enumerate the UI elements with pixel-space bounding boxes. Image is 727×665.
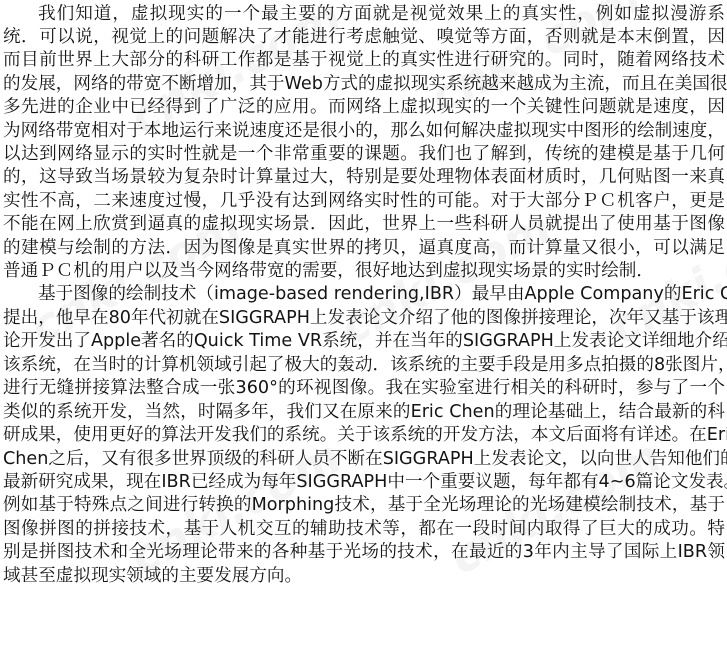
text-line: 基于图像的绘制技术（image-based rendering,IBR）最早由A… (38, 283, 725, 306)
text-line: 域甚至虚拟现实领域的主要发展方向。 (3, 565, 725, 588)
text-line: 多先进的企业中已经得到了广泛的应用。而网络上虚拟现实的一个关键性问题就是速度，因 (3, 96, 725, 119)
text-line: 别是拼图技术和全光场理论带来的各种基于光场的技术，在最近的3年内主导了国际上IB… (3, 541, 725, 564)
document-page: cnki.com cnki.com cnki.com cnki.com cnki… (0, 0, 727, 665)
text-line: 以达到网络显示的实时性就是一个非常重要的课题。我们也了解到，传统的建模是基于几何 (3, 143, 725, 166)
text-line: 论开发出了Apple著名的Quick Time VR系统，并在当年的SIGGRA… (3, 330, 725, 353)
text-line: 例如基于特殊点之间进行转换的Morphing技术，基于全光场理论的光场建模绘制技… (3, 494, 725, 517)
text-line: 不能在网上欣赏到逼真的虚拟现实场景．因此，世界上一些科研人员就提出了使用基于图像 (3, 213, 725, 236)
text-line: 该系统，在当时的计算机领域引起了极大的轰动．该系统的主要手段是用多点拍摄的8张图… (3, 354, 725, 377)
text-line: 的建模与绘制的方法．因为图像是真实世界的拷贝，逼真度高，而计算量又很小，可以满足 (3, 237, 725, 260)
text-line: 我们知道，虚拟现实的一个最主要的方面就是视觉效果上的真实性，例如虚拟漫游系 (38, 3, 725, 26)
text-line: 为网络带宽相对于本地运行来说速度还是很小的，那么如何解决虚拟现实中图形的绘制速度… (3, 120, 725, 143)
text-line: Chen之后，又有很多世界顶级的科研人员不断在SIGGRAPH上发表论文，以向世… (3, 448, 725, 471)
text-line: 的发展，网络的带宽不断增加，其于Web方式的虚拟现实系统越来越成为主流，而且在美… (3, 73, 725, 96)
text-line: 进行无缝拼接算法整合成一张360°的环视图像。我在实验室进行相关的科研时，参与了… (3, 377, 725, 400)
text-line: 实性不高，二来速度过慢，几乎没有达到网络实时性的可能。对于大部分ＰＣ机客户，更是 (3, 190, 725, 213)
text-line: 类似的系统开发，当然，时隔多年，我们又在原来的Eric Chen的理论基础上，结… (3, 401, 725, 424)
text-line: 最新研究成果，现在IBR已经成为每年SIGGRAPH中一个重要议题，每年都有4~… (3, 471, 725, 494)
text-line: 统．可以说，视觉上的问题解决了才能进行考虑触觉、嗅觉等方面，否则就是本末倒置，因 (3, 26, 725, 49)
text-line: 的，这导致当场景较为复杂时计算量过大，特别是要处理物体表面材质时，几何贴图一来真 (3, 166, 725, 189)
text-line: 图像拼图的拼接技术，基于人机交互的辅助技术等，都在一段时间内取得了巨大的成功。特 (3, 518, 725, 541)
text-line: 提出，他早在80年代初就在SIGGRAPH上发表论文介绍了他的图像拼接理论，次年… (3, 307, 725, 330)
text-line: 而目前世界上大部分的科研工作都是基于视觉上的真实性进行研究的。同时，随着网络技术 (3, 49, 725, 72)
text-line: 研成果，使用更好的算法开发我们的系统。关于该系统的开发方法，本文后面将有详述。在… (3, 424, 725, 447)
text-line: 普通ＰＣ机的用户以及当今网络带宽的需要，很好地达到虚拟现实场景的实时绘制． (3, 260, 725, 283)
